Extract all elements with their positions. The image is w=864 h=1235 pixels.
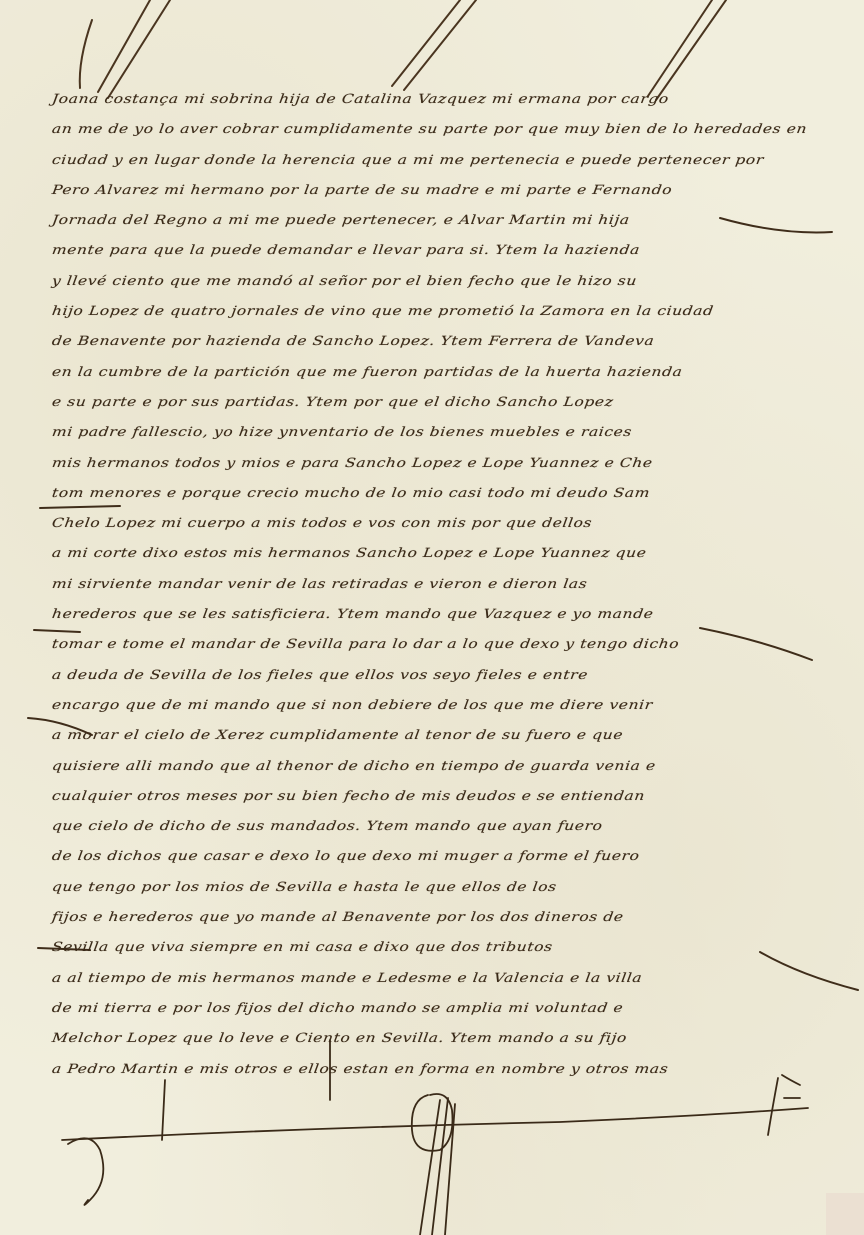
text-line-10: en la cumbre de la partición que me fuer…	[50, 359, 813, 384]
text-line-9: de Benavente por hazienda de Sancho Lope…	[50, 329, 813, 354]
text-line-31: de mi tierra e por los fijos del dicho m…	[50, 996, 813, 1021]
text-line-8: hijo Lopez de quatro jornales de vino qu…	[50, 299, 813, 324]
text-line-21: encargo que de mi mando que si non debie…	[50, 693, 813, 718]
text-line-19: tomar e tome el mandar de Sevilla para l…	[50, 632, 813, 657]
text-line-18: herederos que se les satisficiera. Ytem …	[50, 602, 813, 627]
text-line-16: a mi corte dixo estos mis hermanos Sanch…	[50, 541, 813, 566]
text-line-12: mi padre fallescio, yo hize ynventario d…	[50, 420, 813, 445]
text-line-13: mis hermanos todos y mios e para Sancho …	[50, 450, 813, 475]
text-line-17: mi sirviente mandar venir de las retirad…	[50, 571, 813, 596]
text-line-11: e su parte e por sus partidas. Ytem por …	[50, 390, 813, 415]
manuscript-text: Joana costança mi sobrina hija de Catali…	[52, 84, 812, 1084]
text-line-4: Pero Alvarez mi hermano por la parte de …	[50, 178, 813, 203]
text-line-27: que tengo por los mios de Sevilla e hast…	[50, 874, 813, 899]
text-line-32: Melchor Lopez que lo leve e Ciento en Se…	[50, 1026, 813, 1051]
text-line-15: Chelo Lopez mi cuerpo a mis todos e vos …	[50, 511, 813, 536]
text-line-5: Jornada del Regno a mi me puede pertenec…	[50, 208, 813, 233]
text-line-30: a al tiempo de mis hermanos mande e Lede…	[50, 965, 813, 990]
text-line-14: tom menores e porque crecio mucho de lo …	[50, 481, 813, 506]
text-line-2: an me de yo lo aver cobrar cumplidamente…	[50, 117, 813, 142]
text-line-3: ciudad y en lugar donde la herencia que …	[50, 147, 813, 172]
text-line-1: Joana costança mi sobrina hija de Catali…	[50, 87, 813, 112]
manuscript-page: Joana costança mi sobrina hija de Catali…	[0, 0, 864, 1235]
text-line-26: de los dichos que casar e dexo lo que de…	[50, 844, 813, 869]
text-line-33: a Pedro Martin e mis otros e ellos estan…	[50, 1056, 813, 1081]
paper-stain	[826, 1193, 864, 1235]
text-line-7: y llevé ciento que me mandó al señor por…	[50, 269, 813, 294]
text-line-23: quisiere alli mando que al thenor de dic…	[50, 753, 813, 778]
text-line-6: mente para que la puede demandar e lleva…	[50, 238, 813, 263]
text-line-25: que cielo de dicho de sus mandados. Ytem…	[50, 814, 813, 839]
text-line-22: a morar el cielo de Xerez cumplidamente …	[50, 723, 813, 748]
text-line-24: cualquier otros meses por su bien fecho …	[50, 784, 813, 809]
text-line-28: fijos e herederos que yo mande al Benave…	[50, 905, 813, 930]
text-line-29: Sevilla que viva siempre en mi casa e di…	[50, 935, 813, 960]
text-line-20: a deuda de Sevilla de los fieles que ell…	[50, 662, 813, 687]
